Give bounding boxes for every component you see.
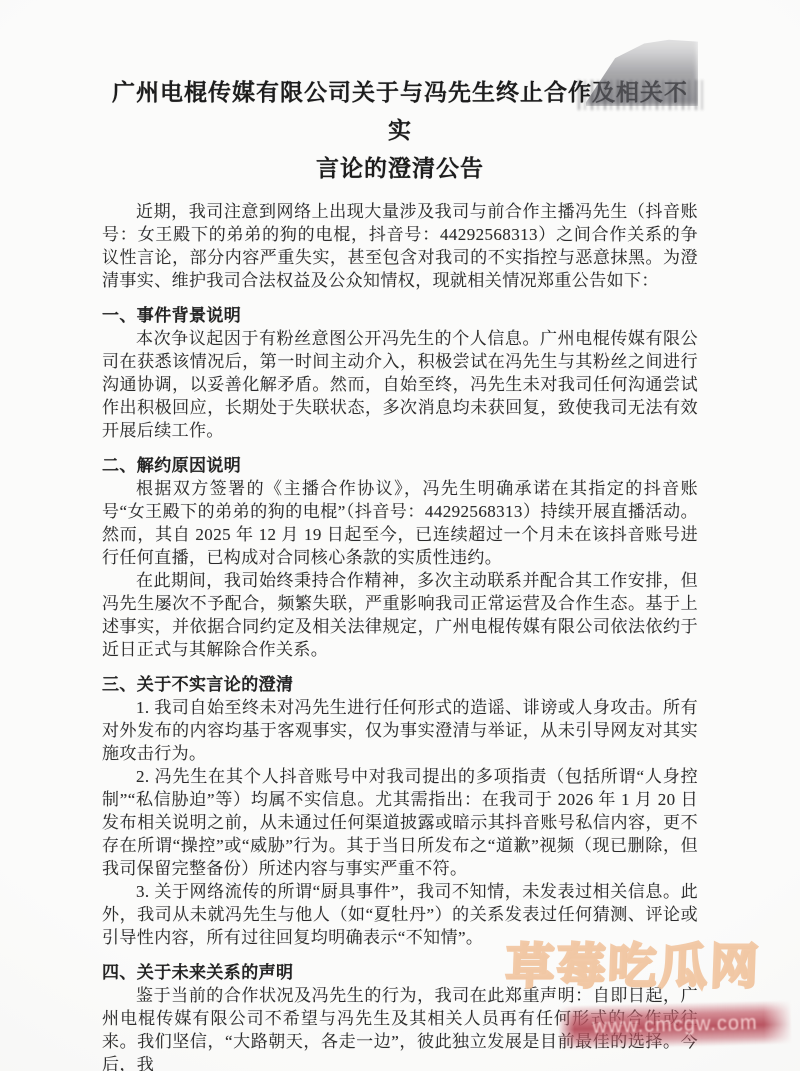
intro-paragraph: 近期，我司注意到网络上出现大量涉及我司与前合作主播冯先生（抖音账号：女王殿下的弟… (102, 200, 698, 292)
section-3-heading: 三、关于不实言论的澄清 (102, 673, 698, 696)
section-3-item-3: 3. 关于网络流传的所谓“厨具事件”，我司不知情，未发表过相关信息。此外，我司从… (102, 880, 698, 949)
scanned-announcement-page: 广州电棍传媒有限公司关于与冯先生终止合作及相关不实 言论的澄清公告 近期，我司注… (0, 0, 800, 1071)
section-3-item-2: 2. 冯先生在其个人抖音账号中对我司提出的多项指责（包括所谓“人身控制”“私信胁… (102, 765, 698, 880)
section-4-heading: 四、关于未来关系的声明 (102, 961, 698, 984)
page-title: 广州电棍传媒有限公司关于与冯先生终止合作及相关不实 言论的澄清公告 (102, 74, 698, 188)
section-3-item-1: 1. 我司自始至终未对冯先生进行任何形式的造谣、诽谤或人身攻击。所有对外发布的内… (102, 696, 698, 765)
section-1-paragraph-1: 本次争议起因于有粉丝意图公开冯先生的个人信息。广州电棍传媒有限公司在获悉该情况后… (102, 327, 698, 442)
document-body: 广州电棍传媒有限公司关于与冯先生终止合作及相关不实 言论的澄清公告 近期，我司注… (0, 0, 800, 1071)
section-2-paragraph-1: 根据双方签署的《主播合作协议》，冯先生明确承诺在其指定的抖音账号“女王殿下的弟弟… (102, 477, 698, 569)
title-line-2: 言论的澄清公告 (102, 150, 698, 188)
section-2-paragraph-2: 在此期间，我司始终秉持合作精神，多次主动联系并配合其工作安排，但冯先生屡次不予配… (102, 569, 698, 661)
title-line-1: 广州电棍传媒有限公司关于与冯先生终止合作及相关不实 (102, 74, 698, 150)
section-1-heading: 一、事件背景说明 (102, 304, 698, 327)
section-2-heading: 二、解约原因说明 (102, 454, 698, 477)
section-4-paragraph-1: 鉴于当前的合作状况及冯先生的行为，我司在此郑重声明：自即日起，广州电棍传媒有限公… (102, 984, 698, 1071)
